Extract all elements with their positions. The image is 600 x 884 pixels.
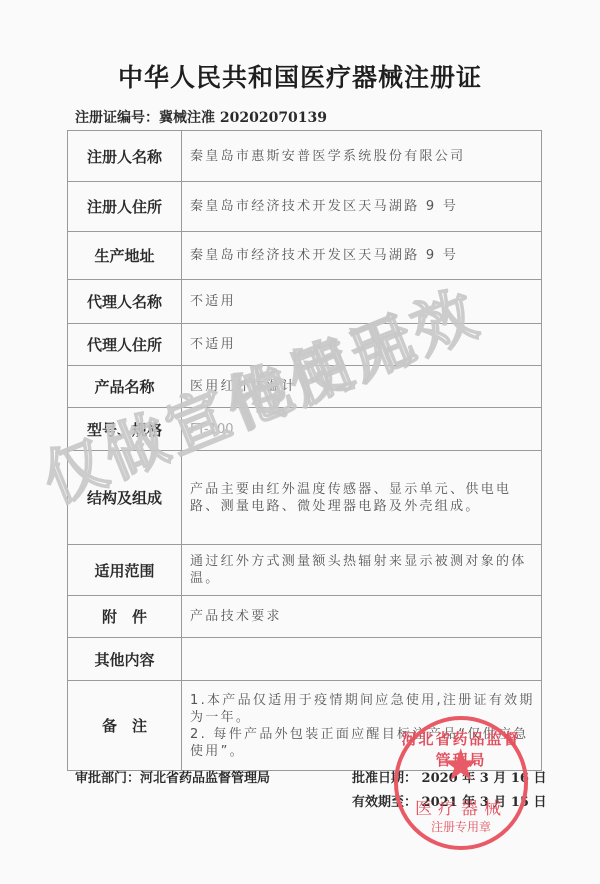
row-label: 适用范围 [68, 545, 182, 596]
table-row: 代理人住所不适用 [68, 324, 542, 366]
row-label: 注册人住所 [68, 182, 182, 232]
row-value: 产品技术要求 [182, 596, 542, 638]
seal-middle-text: 医疗器械 [398, 794, 524, 819]
row-label: 生产地址 [68, 232, 182, 280]
row-value: 秦皇岛市经济技术开发区天马湖路 9 号 [182, 182, 542, 232]
row-label: 代理人住所 [68, 324, 182, 366]
table-row: 生产地址秦皇岛市经济技术开发区天马湖路 9 号 [68, 232, 542, 280]
table-row: 结构及组成产品主要由红外温度传感器、显示单元、供电电路、测量电路、微处理器电路及… [68, 451, 542, 545]
registration-number-label: 注册证编号： [75, 110, 159, 126]
star-icon: ★ [441, 740, 480, 791]
document-title: 中华人民共和国医疗器械注册证 [0, 58, 600, 94]
table-row: 注册人名称秦皇岛市惠斯安普医学系统股份有限公司 [68, 131, 542, 182]
row-value: 医用红外体温计 [182, 366, 542, 408]
row-label: 代理人名称 [68, 280, 182, 324]
registration-number-value: 冀械注准 20202070139 [159, 110, 327, 126]
row-label: 型号、规格 [68, 408, 182, 451]
row-label: 附 件 [68, 596, 182, 638]
row-label: 结构及组成 [68, 451, 182, 545]
seal-bottom-text: 注册专用章 [398, 818, 524, 835]
row-value: FT-100 [182, 408, 542, 451]
row-label: 备 注 [68, 681, 182, 771]
table-row: 注册人住所秦皇岛市经济技术开发区天马湖路 9 号 [68, 182, 542, 232]
table-row: 其他内容 [68, 638, 542, 681]
approval-department: 审批部门：河北省药品监督管理局 [75, 767, 270, 786]
row-label: 产品名称 [68, 366, 182, 408]
row-value [182, 638, 542, 681]
row-value: 通过红外方式测量额头热辐射来显示被测对象的体温。 [182, 545, 542, 596]
row-value: 不适用 [182, 280, 542, 324]
certificate-table: 注册人名称秦皇岛市惠斯安普医学系统股份有限公司 注册人住所秦皇岛市经济技术开发区… [67, 130, 542, 771]
table-row: 适用范围通过红外方式测量额头热辐射来显示被测对象的体温。 [68, 545, 542, 596]
row-value: 秦皇岛市惠斯安普医学系统股份有限公司 [182, 131, 542, 182]
registration-number: 注册证编号：冀械注准 20202070139 [75, 107, 327, 127]
row-value: 产品主要由红外温度传感器、显示单元、供电电路、测量电路、微处理器电路及外壳组成。 [182, 451, 542, 545]
table-row: 型号、规格FT-100 [68, 408, 542, 451]
row-label: 注册人名称 [68, 131, 182, 182]
row-value: 秦皇岛市经济技术开发区天马湖路 9 号 [182, 232, 542, 280]
table-row: 产品名称医用红外体温计 [68, 366, 542, 408]
official-seal: 河北省药品监督管理局 ★ 医疗器械 注册专用章 [394, 716, 528, 850]
row-label: 其他内容 [68, 638, 182, 681]
row-value: 不适用 [182, 324, 542, 366]
table-row: 附 件产品技术要求 [68, 596, 542, 638]
table-row: 代理人名称不适用 [68, 280, 542, 324]
